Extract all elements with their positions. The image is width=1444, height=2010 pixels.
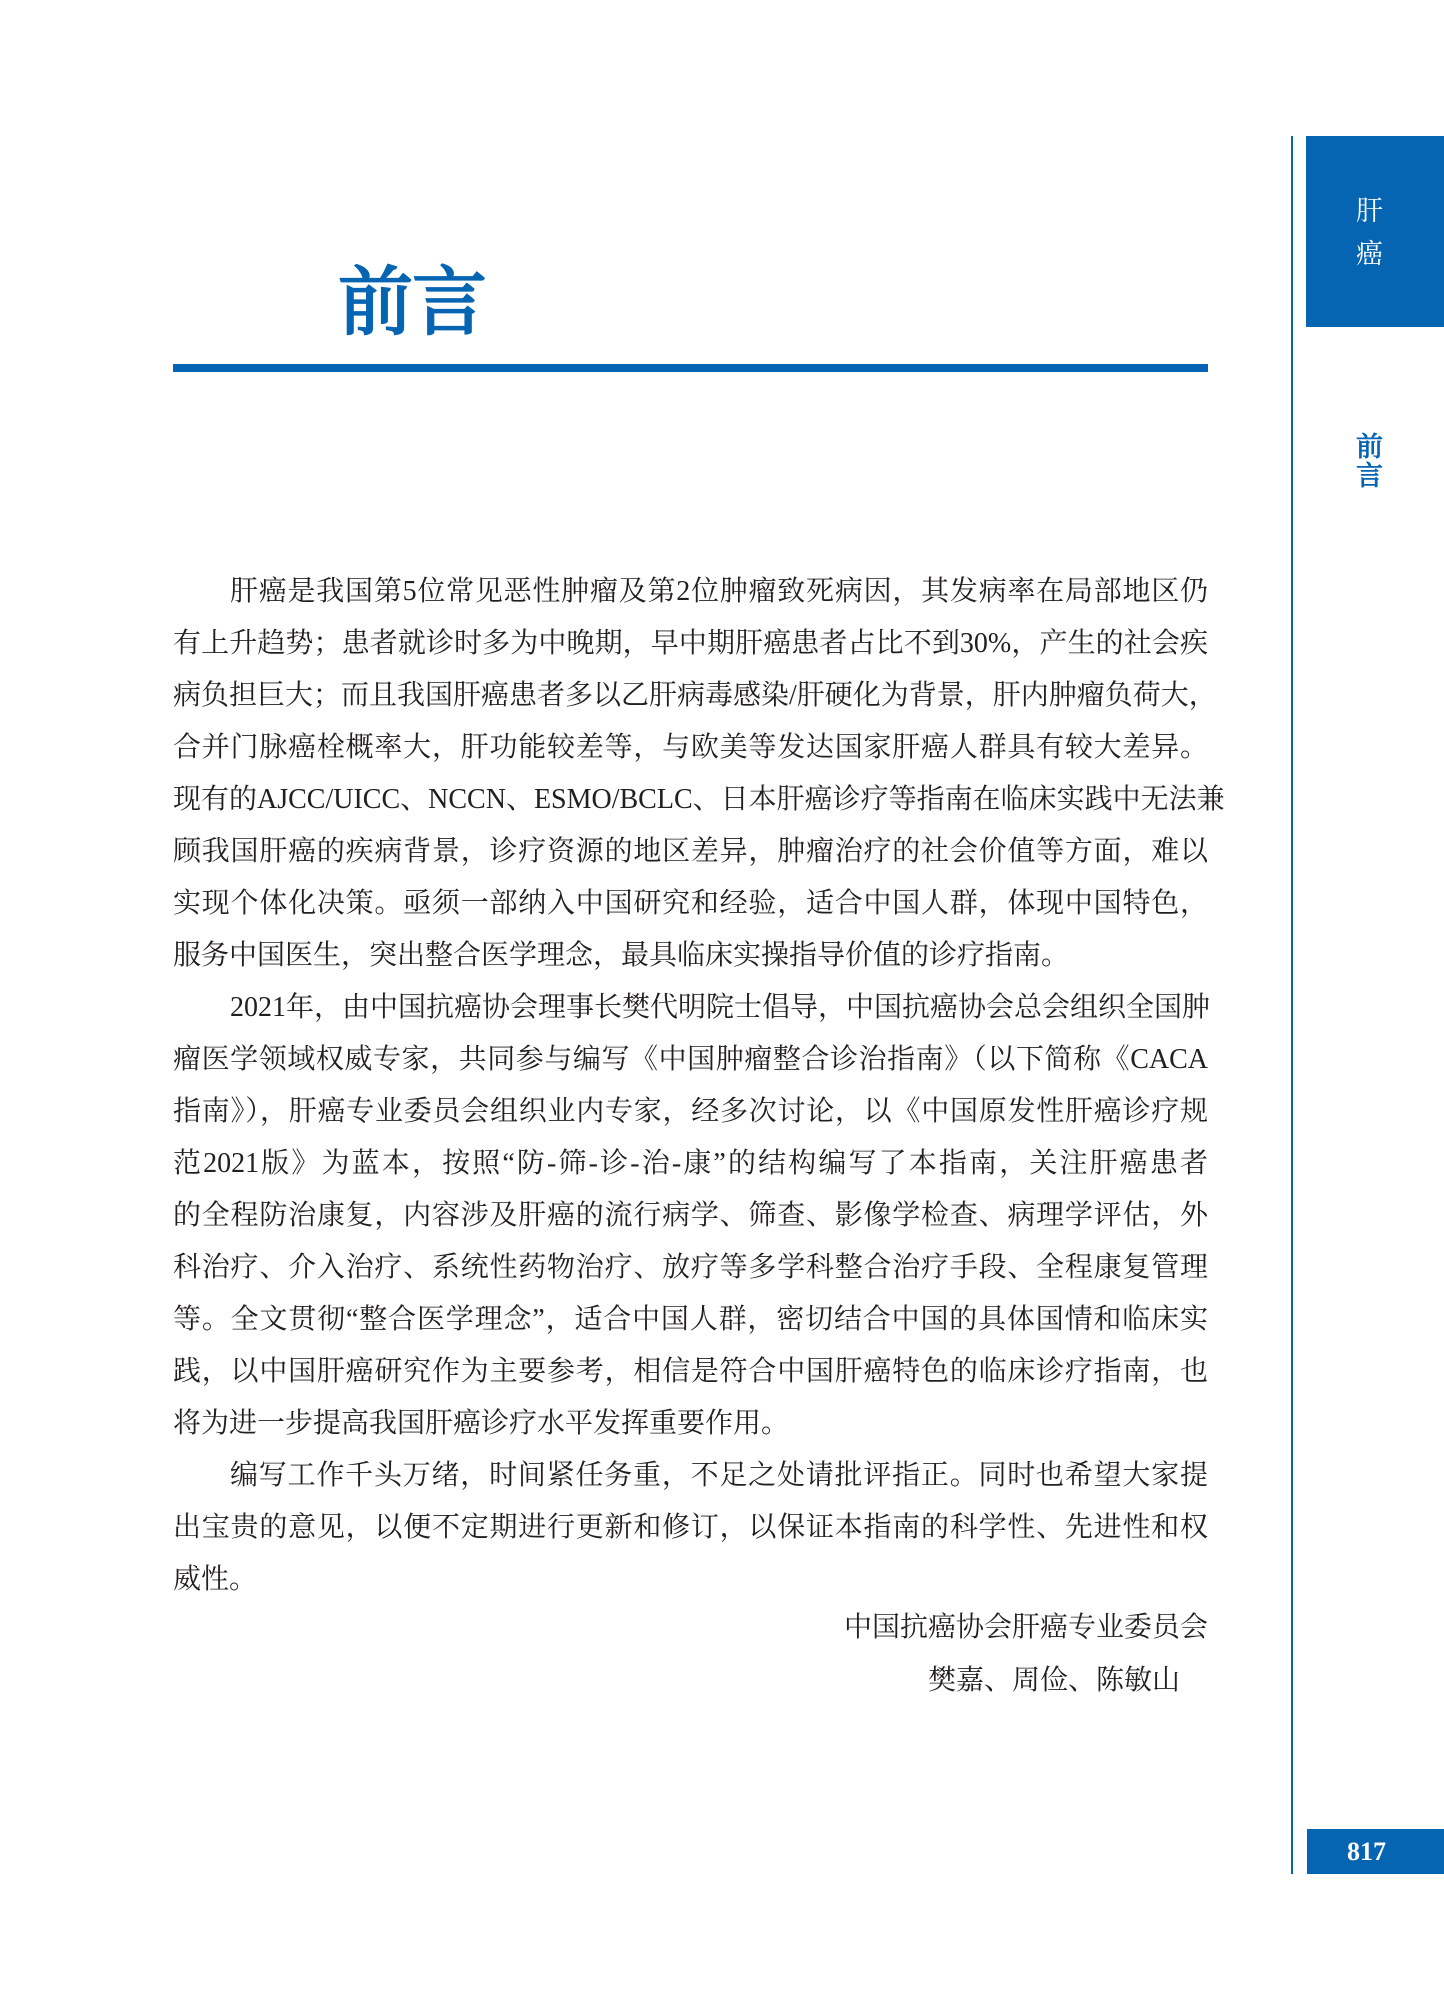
text-line: 肝癌是我国第5位常见恶性肿瘤及第2位肿瘤致死病因，其发病率在局部地区仍 [173, 566, 1208, 618]
book-page: 前言 肝癌是我国第5位常见恶性肿瘤及第2位肿瘤致死病因，其发病率在局部地区仍 有… [0, 0, 1444, 2010]
signature-block: 中国抗癌协会肝癌专业委员会 樊嘉、周俭、陈敏山 [173, 1601, 1208, 1707]
paragraph: 2021年，由中国抗癌协会理事长樊代明院士倡导，中国抗癌协会总会组织全国肿 瘤医… [173, 982, 1208, 1450]
text-line: 实现个体化决策。亟须一部纳入中国研究和经验，适合中国人群，体现中国特色， [173, 878, 1208, 930]
text-line: 范2021版》为蓝本，按照“防-筛-诊-治-康”的结构编写了本指南，关注肝癌患者 [173, 1138, 1208, 1190]
text-line: 威性。 [173, 1554, 1208, 1606]
signature-authors: 樊嘉、周俭、陈敏山 [173, 1654, 1208, 1707]
chapter-label: 肝癌 [1352, 196, 1380, 282]
text-line: 的全程防治康复，内容涉及肝癌的流行病学、筛查、影像学检查、病理学评估，外 [173, 1190, 1208, 1242]
text-line: 出宝贵的意见，以便不定期进行更新和修订，以保证本指南的科学性、先进性和权 [173, 1502, 1208, 1554]
text-line: 将为进一步提高我国肝癌诊疗水平发挥重要作用。 [173, 1398, 1208, 1450]
text-line: 践，以中国肝癌研究作为主要参考，相信是符合中国肝癌特色的临床诊疗指南，也 [173, 1346, 1208, 1398]
text-line: 科治疗、介入治疗、系统性药物治疗、放疗等多学科整合治疗手段、全程康复管理 [173, 1242, 1208, 1294]
text-line: 有上升趋势；患者就诊时多为中晚期，早中期肝癌患者占比不到30%，产生的社会疾 [173, 618, 1208, 670]
text-line: 瘤医学领域权威专家，共同参与编写《中国肿瘤整合诊治指南》（以下简称《CACA [173, 1034, 1208, 1086]
text-line: 病负担巨大；而且我国肝癌患者多以乙肝病毒感染/肝硬化为背景，肝内肿瘤负荷大， [173, 670, 1208, 722]
text-line: 顾我国肝癌的疾病背景，诊疗资源的地区差异，肿瘤治疗的社会价值等方面，难以 [173, 826, 1208, 878]
preface-body: 肝癌是我国第5位常见恶性肿瘤及第2位肿瘤致死病因，其发病率在局部地区仍 有上升趋… [173, 566, 1208, 1606]
page-title: 前言 [338, 264, 486, 340]
section-running-label: 前言 [1352, 432, 1380, 490]
page-number: 817 [1347, 1829, 1386, 1874]
chapter-thumb-tab: 肝癌 [1306, 136, 1444, 327]
text-line: 编写工作千头万绪，时间紧任务重，不足之处请批评指正。同时也希望大家提 [173, 1450, 1208, 1502]
paragraph: 编写工作千头万绪，时间紧任务重，不足之处请批评指正。同时也希望大家提 出宝贵的意… [173, 1450, 1208, 1606]
text-line: 指南》），肝癌专业委员会组织业内专家，经多次讨论，以《中国原发性肝癌诊疗规 [173, 1086, 1208, 1138]
margin-vertical-rule [1291, 136, 1293, 1874]
title-underline-rule [173, 364, 1208, 372]
text-line: 等。全文贯彻“整合医学理念”，适合中国人群，密切结合中国的具体国情和临床实 [173, 1294, 1208, 1346]
text-line: 服务中国医生，突出整合医学理念，最具临床实操指导价值的诊疗指南。 [173, 930, 1208, 982]
text-line: 现有的AJCC/UICC、NCCN、ESMO/BCLC、日本肝癌诊疗等指南在临床… [173, 774, 1208, 826]
paragraph: 肝癌是我国第5位常见恶性肿瘤及第2位肿瘤致死病因，其发病率在局部地区仍 有上升趋… [173, 566, 1208, 982]
signature-organization: 中国抗癌协会肝癌专业委员会 [173, 1601, 1208, 1654]
text-line: 2021年，由中国抗癌协会理事长樊代明院士倡导，中国抗癌协会总会组织全国肿 [173, 982, 1208, 1034]
text-line: 合并门脉癌栓概率大，肝功能较差等，与欧美等发达国家肝癌人群具有较大差异。 [173, 722, 1208, 774]
page-number-box: 817 [1307, 1829, 1444, 1874]
